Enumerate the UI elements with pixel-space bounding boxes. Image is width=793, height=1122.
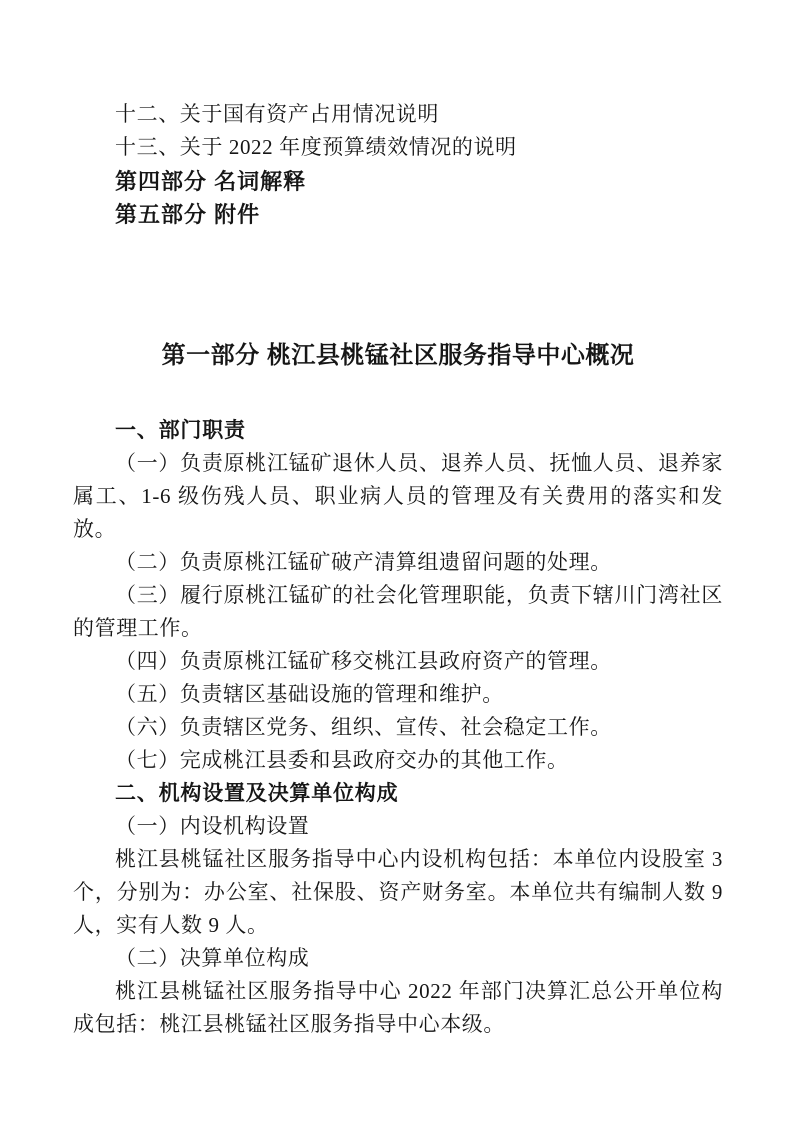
body-paragraph-duty-2: （二）负责原桃江锰矿破产清算组遗留问题的处理。 [73,546,723,579]
body-heading-duties: 一、部门职责 [73,414,723,447]
page-content: 十二、关于国有资产占用情况说明 十三、关于 2022 年度预算绩效情况的说明 第… [73,0,723,1041]
body-paragraph-unit-composition-detail: 桃江县桃锰社区服务指导中心 2022 年部门决算汇总公开单位构成包括：桃江县桃锰… [73,975,723,1041]
toc-part-5-heading: 第五部分 附件 [73,198,723,231]
body-paragraph-duty-6: （六）负责辖区党务、组织、宣传、社会稳定工作。 [73,711,723,744]
body-paragraph-duty-5: （五）负责辖区基础设施的管理和维护。 [73,678,723,711]
body-paragraph-internal-orgs-detail: 桃江县桃锰社区服务指导中心内设机构包括：本单位内设股室 3 个，分别为：办公室、… [73,843,723,942]
body-paragraph-duty-3: （三）履行原桃江锰矿的社会化管理职能，负责下辖川门湾社区的管理工作。 [73,579,723,645]
body-paragraph-unit-composition-title: （二）决算单位构成 [73,942,723,975]
toc-block: 十二、关于国有资产占用情况说明 十三、关于 2022 年度预算绩效情况的说明 第… [73,0,723,232]
body-heading-structure: 二、机构设置及决算单位构成 [73,777,723,810]
toc-item-12: 十二、关于国有资产占用情况说明 [73,98,723,131]
body-paragraph-duty-1: （一）负责原桃江锰矿退休人员、退养人员、抚恤人员、退养家属工、1-6 级伤残人员… [73,447,723,546]
toc-item-13: 十三、关于 2022 年度预算绩效情况的说明 [73,131,723,164]
document-page: 十二、关于国有资产占用情况说明 十三、关于 2022 年度预算绩效情况的说明 第… [0,0,793,1122]
section-title: 第一部分 桃江县桃锰社区服务指导中心概况 [73,339,723,373]
body-paragraph-internal-orgs-title: （一）内设机构设置 [73,810,723,843]
body-paragraph-duty-7: （七）完成桃江县委和县政府交办的其他工作。 [73,744,723,777]
toc-part-4-heading: 第四部分 名词解释 [73,165,723,198]
body-block: 一、部门职责 （一）负责原桃江锰矿退休人员、退养人员、抚恤人员、退养家属工、1-… [73,414,723,1041]
body-paragraph-duty-4: （四）负责原桃江锰矿移交桃江县政府资产的管理。 [73,645,723,678]
